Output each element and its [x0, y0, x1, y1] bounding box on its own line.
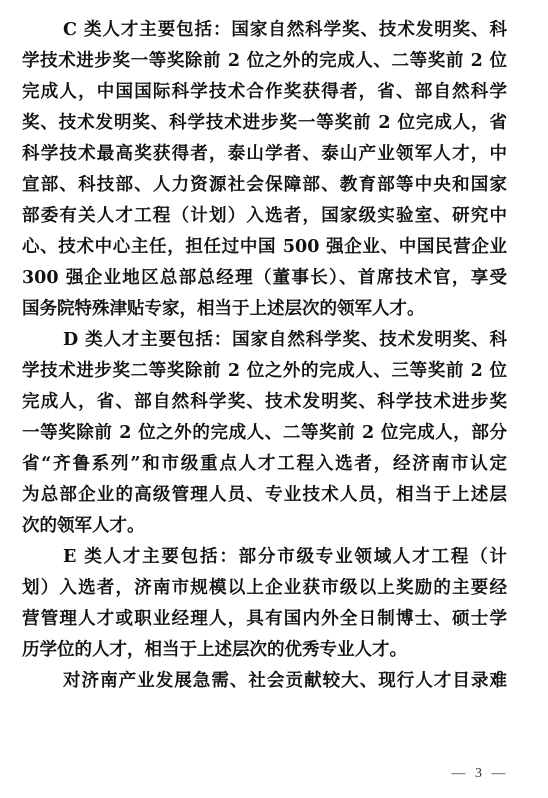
paragraph-c-line: 宣部、科技部、人力资源社会保障部、教育部等中央和国家 — [22, 170, 507, 201]
paragraph-e-line: 划）入选者，济南市规模以上企业获市级以上奖励的主要经 — [22, 573, 507, 604]
paragraph-d-line: 次的领军人才。 — [22, 511, 507, 542]
paragraph-d-line: 一等奖除前 2 位之外的完成人、二等奖前 2 位完成人，部分 — [22, 418, 507, 449]
paragraph-d-line: D 类人才主要包括：国家自然科学奖、技术发明奖、科 — [22, 325, 507, 356]
paragraph-d-line: 完成人，省、部自然科学奖、技术发明奖、科学技术进步奖 — [22, 387, 507, 418]
paragraph-c-line: 奖、技术发明奖、科学技术进步奖一等奖前 2 位完成人，省 — [22, 108, 507, 139]
paragraph-e-line: 营管理人才或职业经理人，具有国内外全日制博士、硕士学 — [22, 604, 507, 635]
body-text: C 类人才主要包括：国家自然科学奖、技术发明奖、科 学技术进步奖一等奖除前 2 … — [22, 15, 507, 697]
paragraph-c-line: 心、技术中心主任，担任过中国 500 强企业、中国民营企业 — [22, 232, 507, 263]
paragraph-c-line: C 类人才主要包括：国家自然科学奖、技术发明奖、科 — [22, 15, 507, 46]
paragraph-c-line: 科学技术最高奖获得者，泰山学者、泰山产业领军人才，中 — [22, 139, 507, 170]
paragraph-continuation-line: 对济南产业发展急需、社会贡献较大、现行人才目录难 — [22, 666, 507, 697]
paragraph-e-line: E 类人才主要包括：部分市级专业领域人才工程（计 — [22, 542, 507, 573]
paragraph-c-line: 部委有关人才工程（计划）入选者，国家级实验室、研究中 — [22, 201, 507, 232]
paragraph-c-line: 学技术进步奖一等奖除前 2 位之外的完成人、二等奖前 2 位 — [22, 46, 507, 77]
paragraph-c-line: 300 强企业地区总部总经理（董事长）、首席技术官，享受 — [22, 263, 507, 294]
page-number: — 3 — — [445, 766, 515, 782]
paragraph-e-line: 历学位的人才，相当于上述层次的优秀专业人才。 — [22, 635, 507, 666]
paragraph-c-line: 完成人，中国国际科学技术合作奖获得者，省、部自然科学 — [22, 77, 507, 108]
document-page: C 类人才主要包括：国家自然科学奖、技术发明奖、科 学技术进步奖一等奖除前 2 … — [0, 0, 548, 798]
paragraph-d-line: 省“齐鲁系列”和市级重点人才工程入选者，经济南市认定 — [22, 449, 507, 480]
paragraph-c-line: 国务院特殊津贴专家，相当于上述层次的领军人才。 — [22, 294, 507, 325]
paragraph-d-line: 学技术进步奖二等奖除前 2 位之外的完成人、三等奖前 2 位 — [22, 356, 507, 387]
paragraph-d-line: 为总部企业的高级管理人员、专业技术人员，相当于上述层 — [22, 480, 507, 511]
